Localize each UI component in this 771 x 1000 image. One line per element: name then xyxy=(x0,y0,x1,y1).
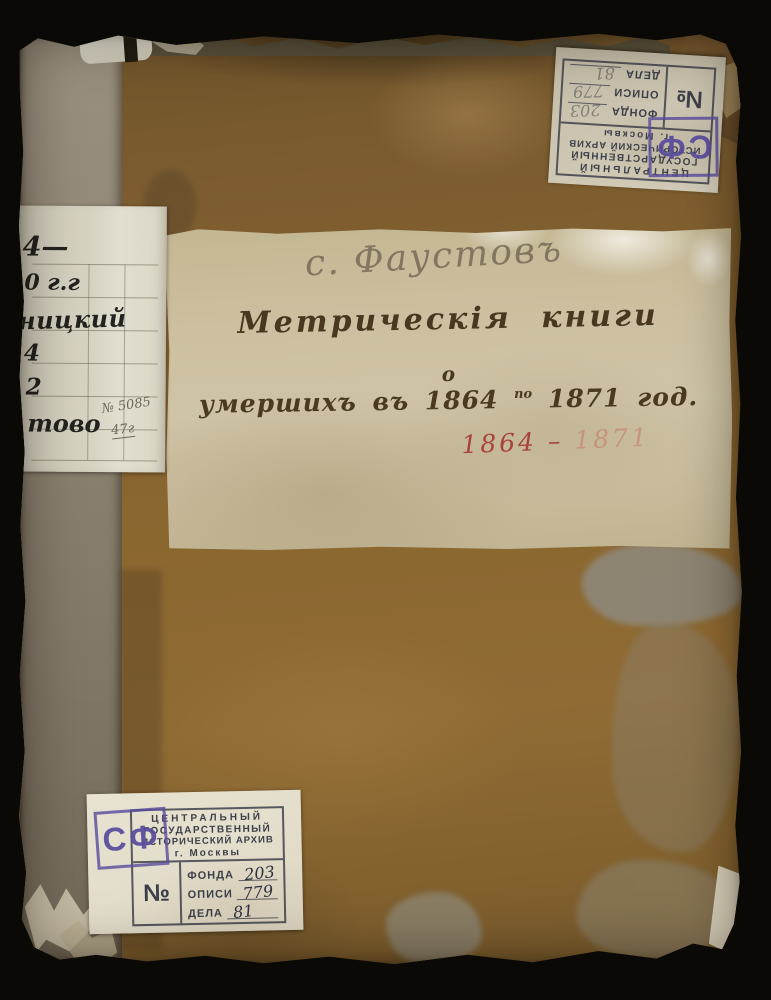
side-label-fragment: 0 г.г xyxy=(24,272,80,294)
photo-scene: с. Фаустовъ Метрическія книги о умершихъ… xyxy=(0,0,771,1000)
ruled-line xyxy=(31,460,157,462)
side-label-fragment: 4 xyxy=(24,342,40,365)
side-catalogue-label: 4— 0 г.г ницкий 4 2 тово № 5085 47г xyxy=(17,205,167,472)
years-mid: по xyxy=(514,387,532,402)
delo-label: ДЕЛА xyxy=(625,67,661,81)
fond-row: ФОНДА 203 xyxy=(187,862,277,882)
red-pencil-years: 1864 – 1871 xyxy=(461,423,651,460)
pencil-note: 47г xyxy=(111,421,136,440)
sf-purple-stamp: СФ xyxy=(93,807,169,870)
village-pencil-inscription: с. Фаустовъ xyxy=(150,220,718,294)
number-symbol: № xyxy=(133,862,182,924)
side-label-fragment: 2 xyxy=(26,376,42,399)
fond-line: 203 xyxy=(238,861,278,881)
ruled-line xyxy=(32,363,158,365)
opis-row: ОПИСИ 779 xyxy=(187,881,277,901)
opis-line: 779 xyxy=(237,880,278,900)
opis-label: ОПИСИ xyxy=(613,86,659,101)
title-line-years: умершихъ въ 1864 по 1871 год. xyxy=(165,382,732,420)
worn-patch xyxy=(612,622,740,852)
worn-patch xyxy=(582,544,742,626)
pencil-number: № 5085 xyxy=(101,395,152,417)
side-label-fragment: тово xyxy=(27,412,100,437)
torn-paper-roll xyxy=(79,30,153,65)
opis-line: 779 xyxy=(568,83,610,104)
archive-label-bottom: ЦЕНТРАЛЬНЫЙ ГОСУДАРСТВЕННЫЙ ИСТОРИЧЕСКИЙ… xyxy=(87,790,304,934)
archive-label-top: ЦЕНТРАЛЬНЫЙ ГОСУДАРСТВЕННЫЙ ИСТОРИЧЕСКИЙ… xyxy=(548,47,726,193)
red-year-to: 1871 xyxy=(574,423,651,455)
title-label: с. Фаустовъ Метрическія книги о умершихъ… xyxy=(164,227,733,552)
paper-roll-band xyxy=(123,30,138,63)
book-cover: с. Фаустовъ Метрическія книги о умершихъ… xyxy=(16,30,744,966)
delo-value: 81 xyxy=(232,901,254,922)
red-year-from: 1864 – xyxy=(461,426,564,459)
delo-line: 81 xyxy=(227,899,279,919)
worn-patch xyxy=(576,860,726,960)
delo-label: ДЕЛА xyxy=(188,907,223,920)
side-label-fragment: 4— xyxy=(23,234,69,261)
delo-value: 81 xyxy=(594,64,615,84)
years-part2: 1871 год. xyxy=(548,382,699,413)
stamp-rows: ФОНДА 203 ОПИСИ 779 ДЕЛА 81 xyxy=(181,860,284,923)
ruled-line xyxy=(32,297,158,299)
title-line-books: Метрическія книги xyxy=(164,297,732,343)
ruled-line xyxy=(33,264,159,266)
opis-label: ОПИСИ xyxy=(188,888,233,901)
sf-purple-stamp: СФ xyxy=(648,117,719,178)
delo-line: 81 xyxy=(569,64,621,86)
delo-row: ДЕЛА 81 xyxy=(188,900,278,920)
fond-label: ФОНДА xyxy=(187,869,234,882)
fond-line: 203 xyxy=(567,102,607,123)
years-part1: умершихъ въ 1864 xyxy=(199,385,499,419)
worn-patch xyxy=(386,892,482,964)
stamp-fields: № ФОНДА 203 ОПИСИ 779 ДЕЛА 81 xyxy=(133,858,284,924)
side-label-fragment: ницкий xyxy=(18,306,127,333)
